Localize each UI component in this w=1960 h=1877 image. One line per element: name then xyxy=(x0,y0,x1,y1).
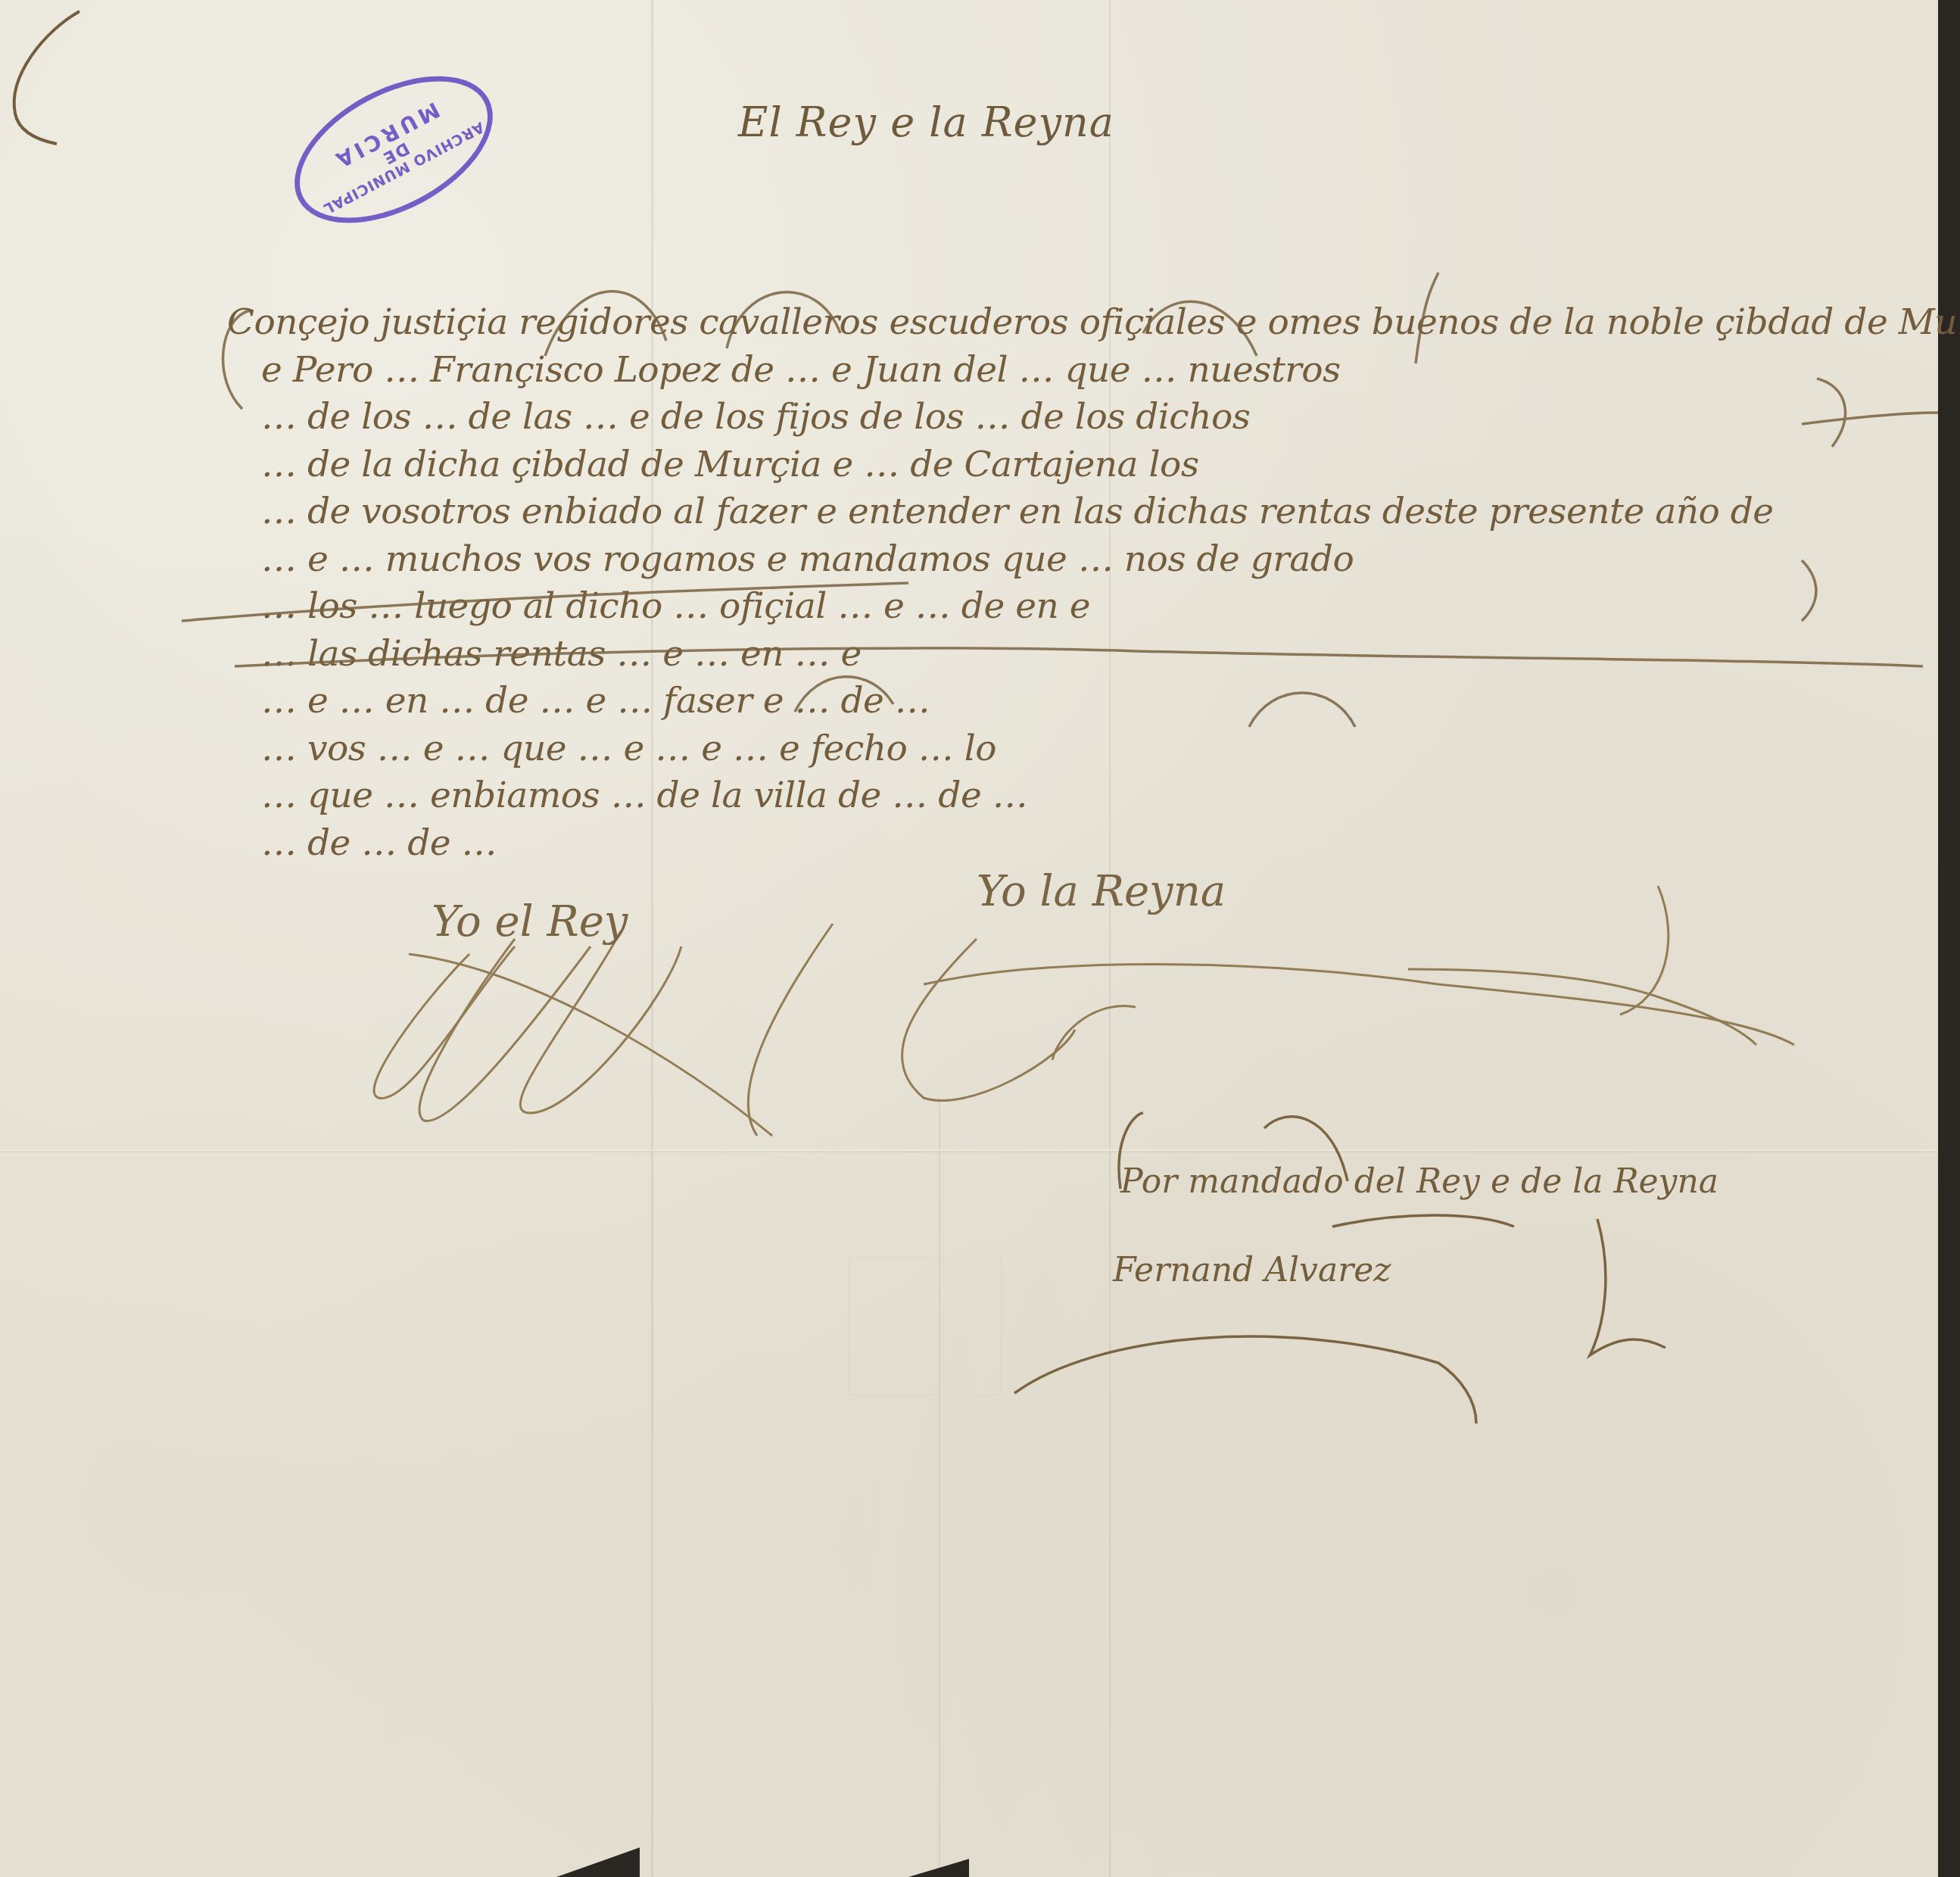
fold-line xyxy=(1109,0,1111,1877)
body-line: e Pero … Françisco Lopez de … e Juan del… xyxy=(227,347,1855,394)
body-line: … de vosotros enbiado al fazer e entende… xyxy=(227,488,1855,536)
heading-flourish-icon xyxy=(0,0,91,151)
signature-king: Yo el Rey xyxy=(432,897,628,946)
document-heading: El Rey e la Reyna xyxy=(738,98,1114,146)
endorsement-line-2: Fernand Alvarez xyxy=(1113,1251,1391,1289)
body-line: … que … enbiamos … de la villa de … de … xyxy=(227,772,1855,820)
document-paper: ARCHIVO MUNICIPAL DE MURCIA El Rey e la … xyxy=(0,0,1938,1877)
endorsement-line-1: Por mandado del Rey e de la Reyna xyxy=(1120,1162,1719,1201)
body-line: … vos … e … que … e … e … e fecho … lo xyxy=(227,725,1855,773)
fold-line xyxy=(651,0,653,1877)
body-line: … de la dicha çibdad de Murçia e … de Ca… xyxy=(227,441,1855,489)
body-line: … de los … de las … e de los fijos de lo… xyxy=(227,394,1855,441)
fold-line xyxy=(939,1098,940,1877)
body-line: … las dichas rentas … e … en … e xyxy=(227,631,1855,678)
body-line: Conçejo justiçia regidores cavalleros es… xyxy=(227,299,1855,347)
body-line: … e … en … de … e … faser e … de … xyxy=(227,678,1855,725)
body-line: … e … muchos vos rogamos e mandamos que … xyxy=(227,536,1855,584)
bleed-through-mark xyxy=(848,1257,1002,1396)
body-line: … de … de … xyxy=(227,820,1855,868)
document-body: Conçejo justiçia regidores cavalleros es… xyxy=(227,299,1855,867)
body-line: … los … luego al dicho … ofiçial … e … d… xyxy=(227,583,1855,631)
archive-stamp: ARCHIVO MUNICIPAL DE MURCIA xyxy=(270,46,516,254)
fold-line xyxy=(0,1151,1938,1152)
signature-queen: Yo la Reyna xyxy=(977,867,1226,916)
